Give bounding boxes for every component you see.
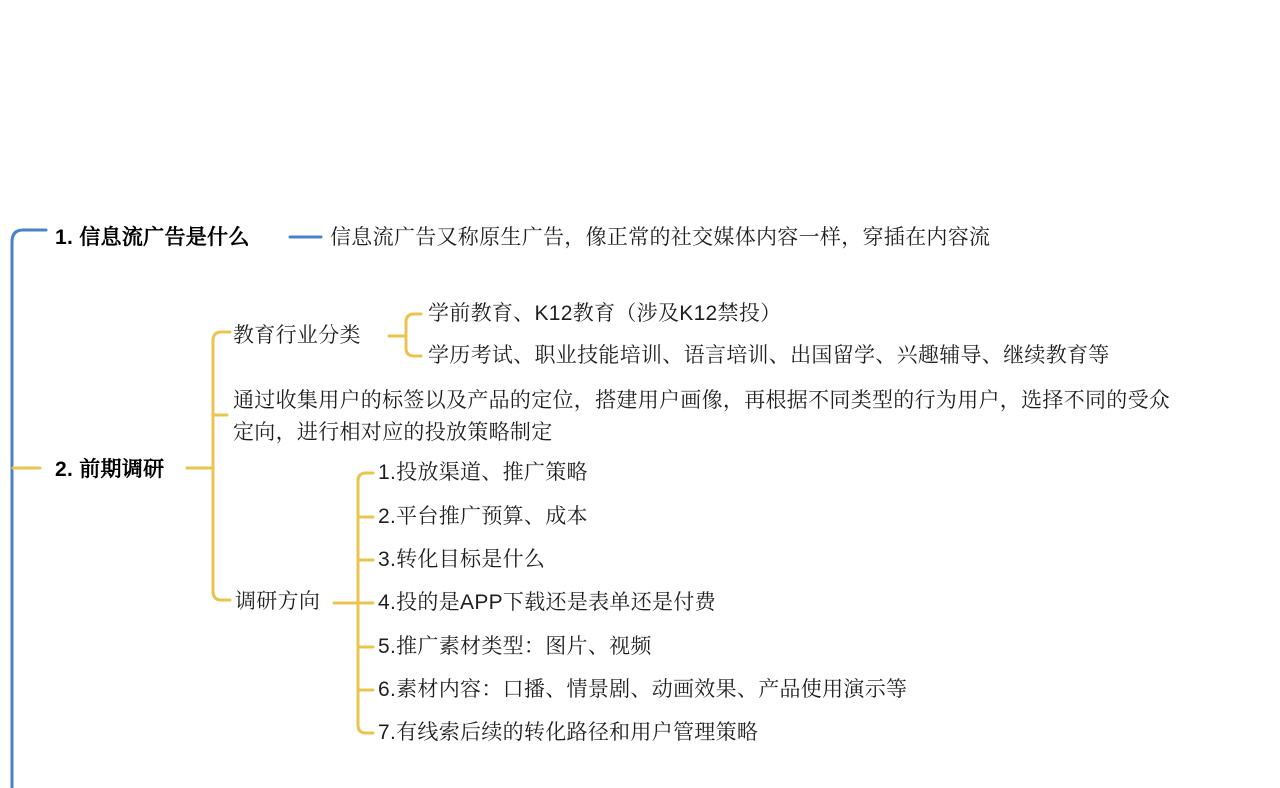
topic-what-is-feed-ads-detail[interactable]: 信息流广告又称原生广告，像正常的社交媒体内容一样，穿插在内容流 [330,223,990,253]
topic-research-direction[interactable]: 调研方向 [235,587,320,617]
education-items-bracket [406,314,421,356]
topic-what-is-feed-ads[interactable]: 1. 信息流广告是什么 [55,223,250,253]
research-item-material-type[interactable]: 5.推广素材类型：图片、视频 [378,632,652,662]
topic-education-industry-category[interactable]: 教育行业分类 [233,321,361,351]
main-branch-line [12,230,46,788]
education-item-preschool-k12[interactable]: 学前教育、K12教育（涉及K12禁投） [428,299,781,329]
mindmap-canvas: 1. 信息流广告是什么 信息流广告又称原生广告，像正常的社交媒体内容一样，穿插在… [0,0,1280,788]
education-item-exams-training[interactable]: 学历考试、职业技能培训、语言培训、出国留学、兴趣辅导、继续教育等 [428,341,1110,371]
node2-children-bracket [213,332,230,600]
research-item-budget-cost[interactable]: 2.平台推广预算、成本 [378,502,588,532]
research-item-lead-conversion-path[interactable]: 7.有线索后续的转化路径和用户管理策略 [378,718,758,748]
research-item-app-form-paid[interactable]: 4.投的是APP下载还是表单还是付费 [378,588,716,618]
research-item-conversion-goal[interactable]: 3.转化目标是什么 [378,545,545,575]
research-item-channels-strategy[interactable]: 1.投放渠道、推广策略 [378,458,588,488]
topic-audience-targeting-paragraph[interactable]: 通过收集用户的标签以及产品的定位，搭建用户画像，再根据不同类型的行为用户，选择不… [233,385,1185,449]
topic-early-research[interactable]: 2. 前期调研 [55,455,164,485]
research-item-material-content[interactable]: 6.素材内容：口播、情景剧、动画效果、产品使用演示等 [378,675,907,705]
